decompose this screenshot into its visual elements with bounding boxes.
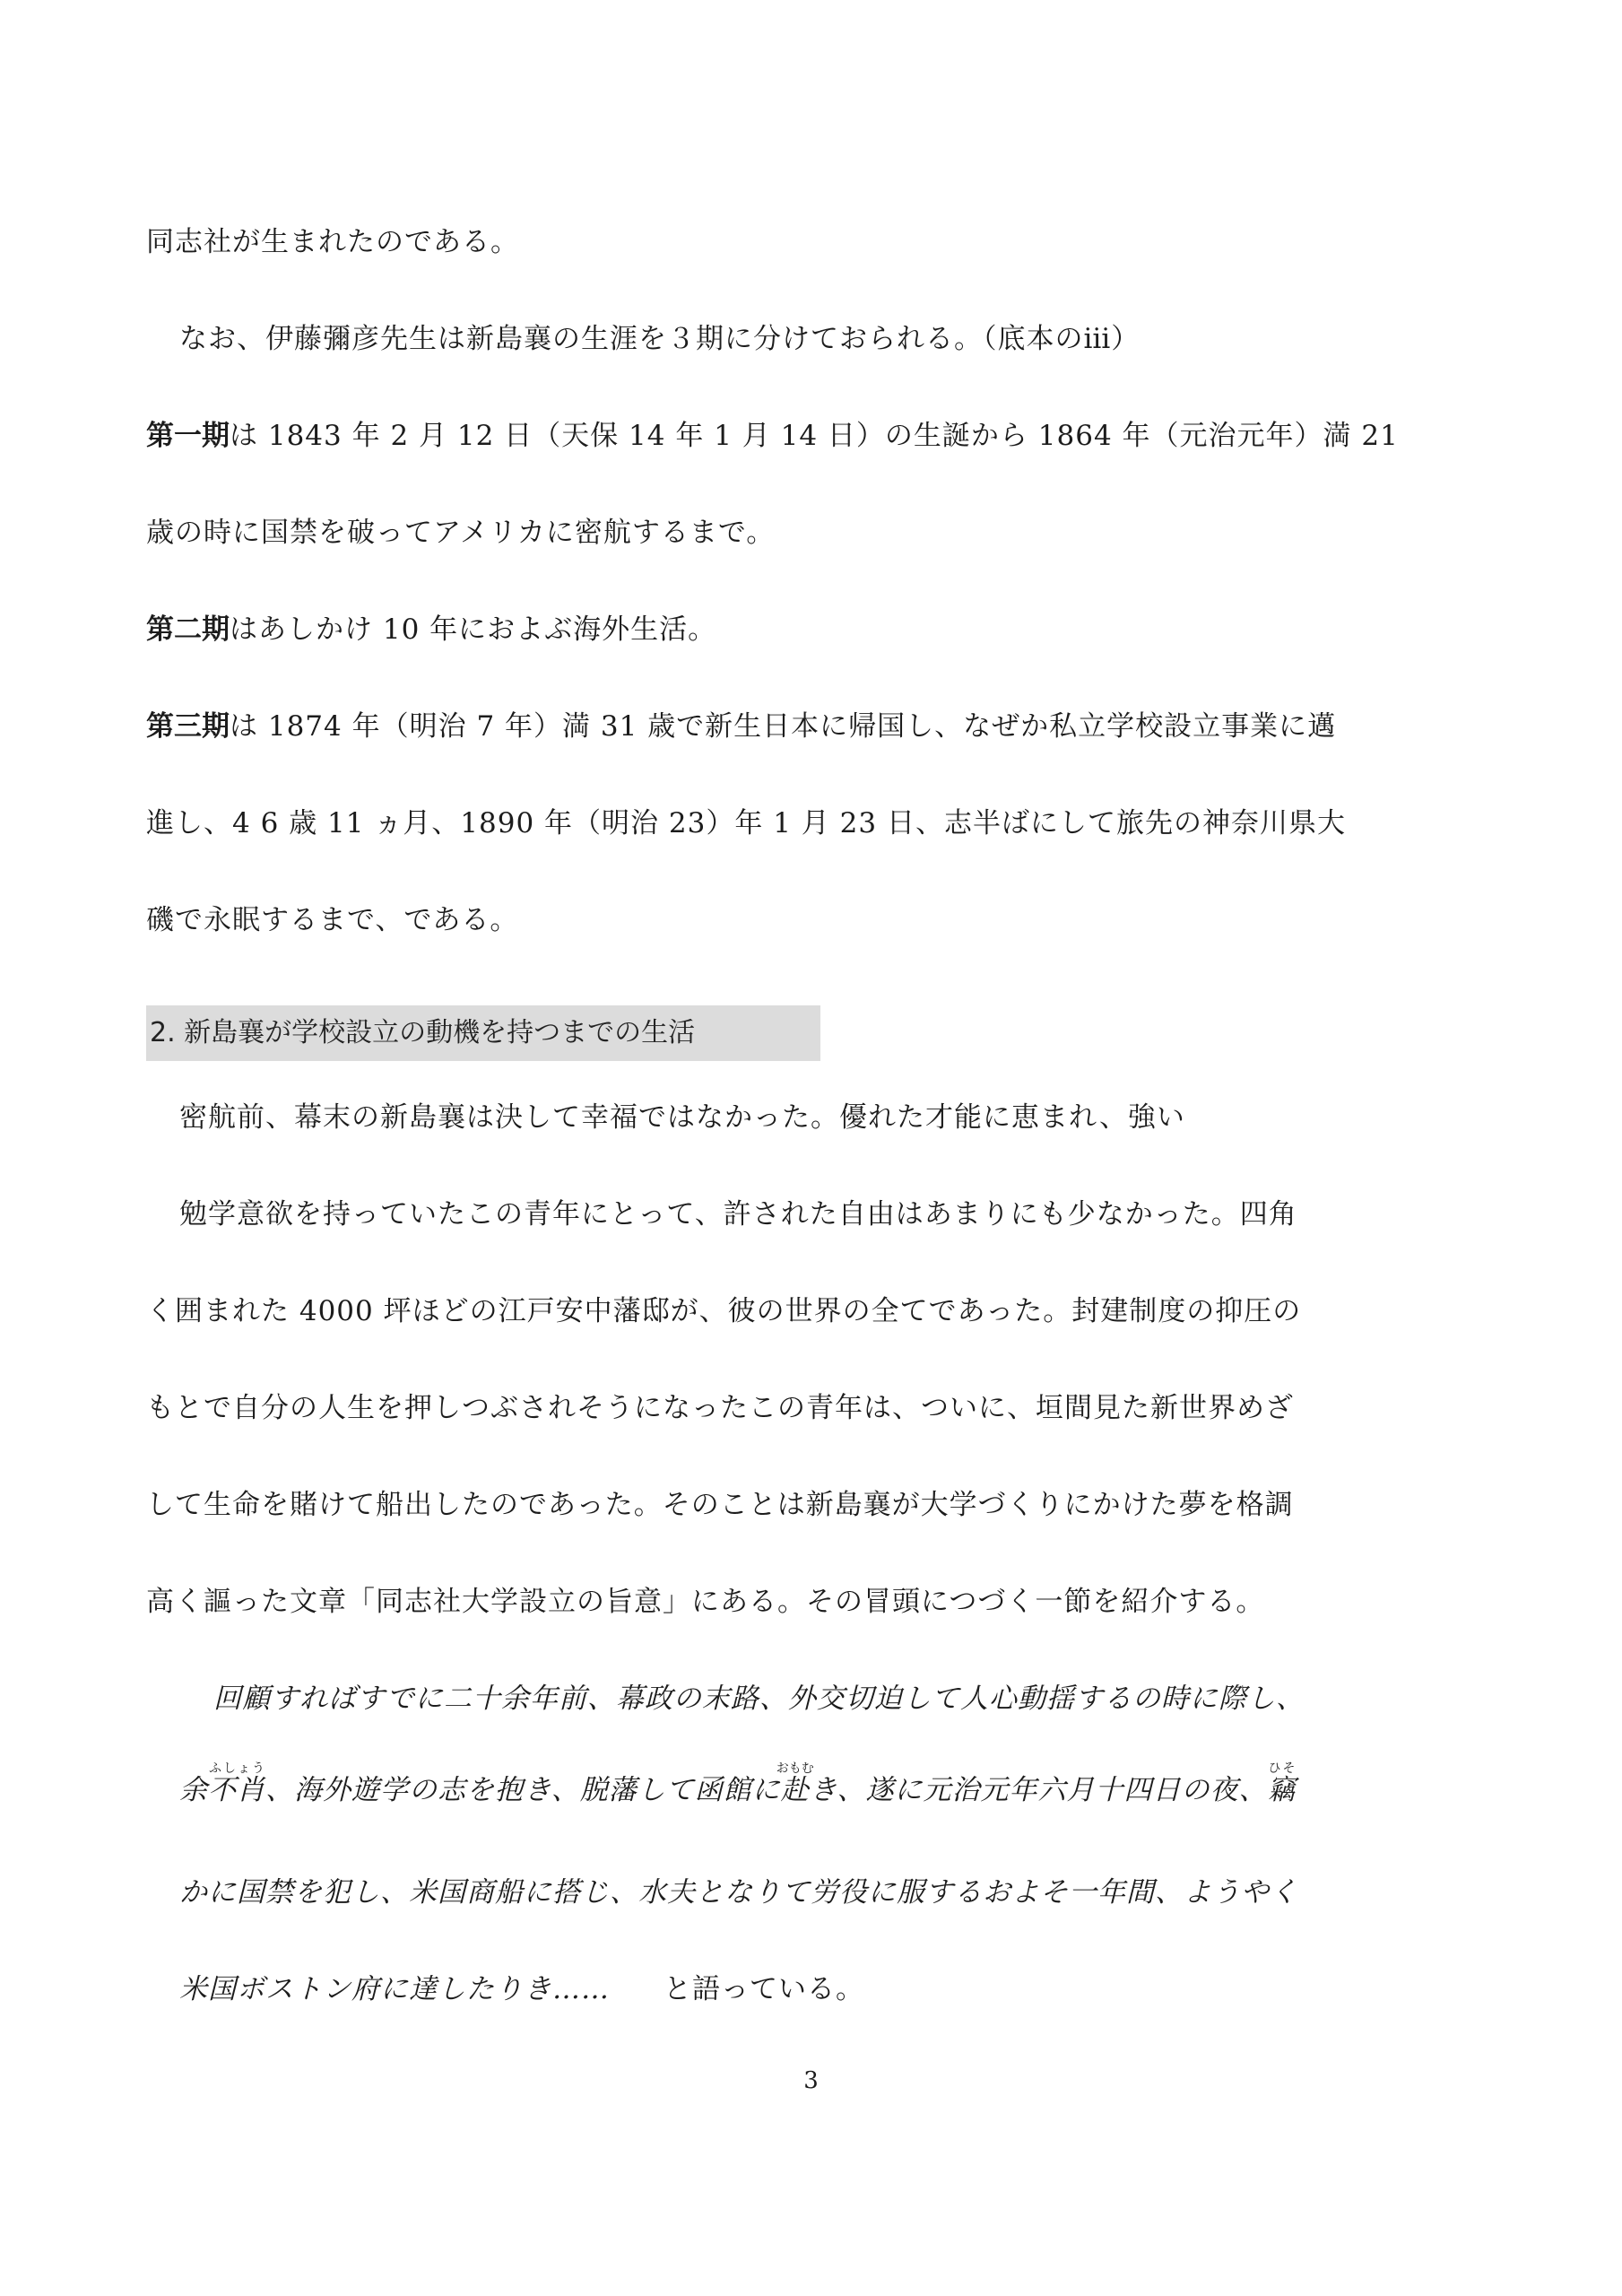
ruby-fushou: 不肖ふしょう xyxy=(208,1774,265,1806)
body-line: もとで自分の人生を押しつぶされそうになったこの青年は、ついに、垣間見た新世界めざ xyxy=(146,1388,1473,1428)
ruby-omomu: 赴おもむ xyxy=(781,1774,810,1806)
page-number: 3 xyxy=(0,2065,1622,2097)
closing-text: と語っている。 xyxy=(664,1973,864,2005)
ruby-reading: おもむ xyxy=(776,1761,814,1776)
period-three-text: は 1874 年（明治 7 年）満 31 歳で新生日本に帰国し、なぜか私立学校設… xyxy=(230,710,1336,743)
period-two-text: はあしかけ 10 年におよぶ海外生活。 xyxy=(230,613,716,646)
period-three-label: 第三期 xyxy=(146,710,230,743)
ruby-hiso: 竊ひそ xyxy=(1268,1774,1297,1806)
quote-text: 米国ボストン府に達したりき…… xyxy=(179,1973,610,2005)
quote-text: 余 xyxy=(179,1774,208,1806)
period-one-text: は 1843 年 2 月 12 日（天保 14 年 1 月 14 日）の生誕から… xyxy=(230,420,1399,452)
period-one-label: 第一期 xyxy=(146,420,230,452)
body-line: して生命を賭けて船出したのであった。そのことは新島襄が大学づくりにかけた夢を格調 xyxy=(146,1485,1473,1525)
quote-text: 、海外遊学の志を抱き、脱藩して函館に xyxy=(265,1774,781,1806)
quote-line: かに国禁を犯し、米国商船に搭じ、水夫となりて労役に服するおよそ一年間、ようやく xyxy=(179,1873,1506,1912)
section-heading: 2. 新島襄が学校設立の動機を持つまでの生活 xyxy=(146,1005,820,1061)
ruby-base: 赴 xyxy=(776,1774,814,1806)
paragraph-line: 進し、4 6 歳 11 ヵ月、1890 年（明治 23）年 1 月 23 日、志… xyxy=(146,804,1473,843)
paragraph-line: なお、伊藤彌彦先生は新島襄の生涯を３期に分けておられる。（底本のⅲ） xyxy=(179,319,1506,359)
paragraph-line: 歳の時に国禁を破ってアメリカに密航するまで。 xyxy=(146,513,1473,552)
ruby-base: 不肖 xyxy=(208,1774,265,1806)
period-three-line: 第三期は 1874 年（明治 7 年）満 31 歳で新生日本に帰国し、なぜか私立… xyxy=(146,707,1473,746)
document-page: 同志社が生まれたのである。 なお、伊藤彌彦先生は新島襄の生涯を３期に分けておられ… xyxy=(0,0,1622,2296)
ruby-base: 竊 xyxy=(1268,1774,1297,1806)
quote-line: 回顧すればすでに二十余年前、幕政の末路、外交切迫して人心動揺するの時に際し、 xyxy=(213,1679,1540,1718)
ruby-reading: ひそ xyxy=(1268,1761,1297,1776)
paragraph-line: 磯で永眠するまで、である。 xyxy=(146,900,1473,940)
quote-line-with-ruby: 余不肖ふしょう、海外遊学の志を抱き、脱藩して函館に赴おもむき、遂に元治元年六月十… xyxy=(179,1761,1506,1810)
body-line: く囲まれた 4000 坪ほどの江戸安中藩邸が、彼の世界の全てであった。封建制度の… xyxy=(146,1291,1473,1331)
paragraph-line: 同志社が生まれたのである。 xyxy=(146,222,1473,262)
quote-closing-line: 米国ボストン府に達したりき……と語っている。 xyxy=(179,1970,1506,2009)
quote-text: き、遂に元治元年六月十四日の夜、 xyxy=(810,1774,1268,1806)
period-two-line: 第二期はあしかけ 10 年におよぶ海外生活。 xyxy=(146,610,1473,649)
ruby-reading: ふしょう xyxy=(208,1761,265,1776)
section-heading-text: 2. 新島襄が学校設立の動機を持つまでの生活 xyxy=(150,1013,695,1053)
body-line: 高く謳った文章「同志社大学設立の旨意」にある。その冒頭につづく一節を紹介する。 xyxy=(146,1582,1473,1622)
body-line: 勉学意欲を持っていたこの青年にとって、許された自由はあまりにも少なかった。四角 xyxy=(179,1195,1506,1234)
body-line: 密航前、幕末の新島襄は決して幸福ではなかった。優れた才能に恵まれ、強い xyxy=(179,1098,1506,1137)
period-one-line: 第一期は 1843 年 2 月 12 日（天保 14 年 1 月 14 日）の生… xyxy=(146,416,1473,456)
period-two-label: 第二期 xyxy=(146,613,230,646)
